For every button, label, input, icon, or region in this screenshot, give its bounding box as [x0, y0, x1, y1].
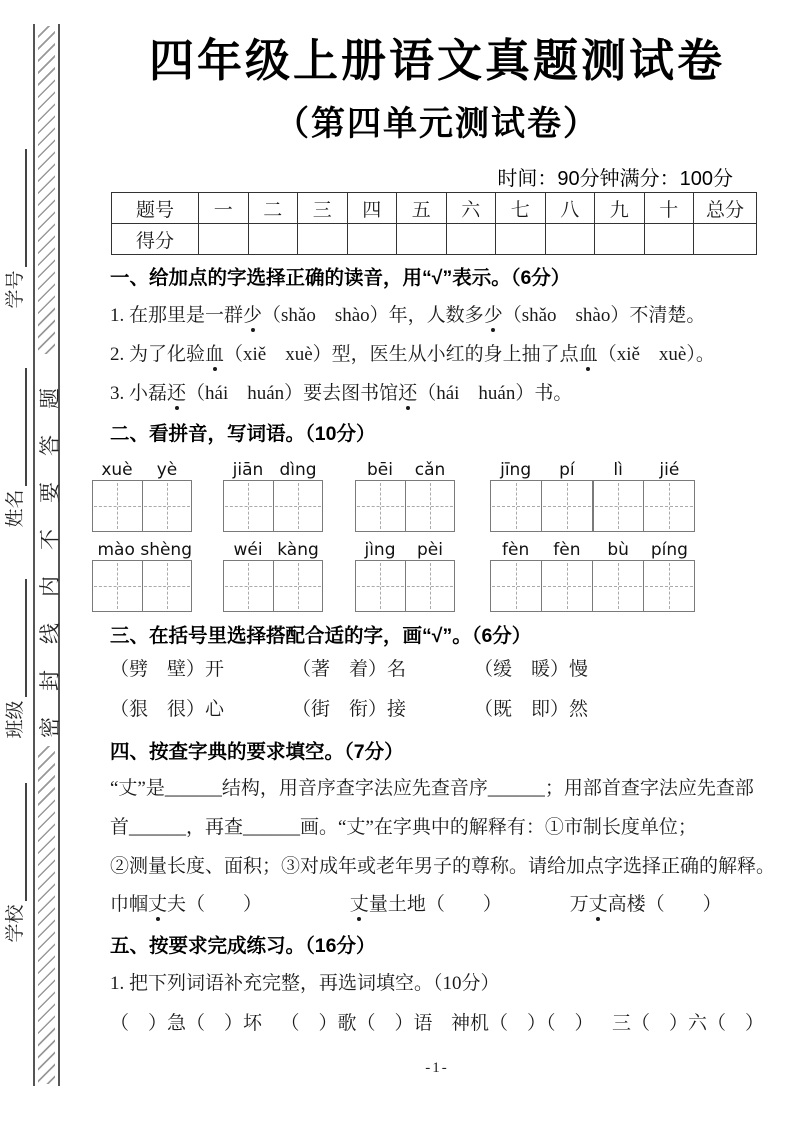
writing-cell	[93, 561, 143, 611]
dotted-char: 少	[243, 300, 262, 327]
pinyin-labels: jīng pí lì jié	[490, 456, 695, 480]
char-choice-pair: （街 衔）接	[292, 694, 474, 721]
time-score-info: 时间：90分钟满分：100分	[110, 162, 764, 191]
pinyin-syllable: xuè	[92, 460, 142, 480]
writing-cell	[356, 561, 406, 611]
word-blank-group: （ ）歌（ ）语	[280, 1008, 432, 1035]
writing-cell	[274, 481, 323, 531]
writing-grid	[92, 480, 192, 532]
pinyin-syllable: fèn	[490, 540, 541, 560]
pinyin-syllable: cǎn	[405, 460, 455, 480]
seal-line-column: 密封线内不要答题	[33, 24, 60, 1086]
word-blank-group: 三（ ）六（ ）	[612, 1008, 764, 1035]
writing-cell	[143, 561, 192, 611]
score-row-label: 得分	[112, 224, 199, 255]
pinyin-syllable: dìng	[273, 460, 323, 480]
pinyin-labels: jiān dìng	[223, 456, 323, 480]
student-number-label: 学号	[0, 271, 27, 309]
phrase-wanzhang-gaolou: 万丈高楼（ ）	[570, 894, 722, 915]
writing-grid	[223, 560, 323, 612]
pinyin-syllable: bēi	[355, 460, 405, 480]
text-segment: （xiě xuè）。	[598, 344, 715, 365]
writing-grid	[355, 480, 455, 532]
score-header-cell: 二	[248, 193, 298, 224]
score-header-cell: 十	[644, 193, 694, 224]
pinyin-syllable: mào	[92, 540, 140, 560]
section4-heading: 四、按查字典的要求填空。（7分）	[110, 736, 404, 764]
text-segment: 量土地（ ）	[369, 894, 502, 915]
hatch-pattern-bottom	[38, 746, 55, 1084]
text-segment: 夫（ ）	[167, 894, 262, 915]
pinyin-labels: mào shèng	[92, 536, 192, 560]
section2-heading: 二、看拼音，写词语。（10分）	[110, 418, 375, 446]
score-cell	[496, 224, 546, 255]
pinyin-syllable: jié	[644, 460, 695, 480]
score-header-cell: 一	[199, 193, 249, 224]
section5-word-blanks: （ ）急（ ）坏 （ ）歌（ ）语 神机（ ）（ ） 三（ ）六（ ）	[110, 1008, 764, 1035]
pinyin-syllable: pèi	[405, 540, 455, 560]
text-segment: （hái huán）要去图书馆	[186, 383, 398, 404]
text-segment: （xiě xuè）型，医生从小红的身上抽了点	[224, 344, 579, 365]
pinyin-word-group: xuè yè	[92, 456, 192, 532]
pinyin-word-group: fèn fèn bù píng	[490, 536, 695, 612]
pinyin-word-group: jìng pèi	[355, 536, 455, 612]
page-number: -1-	[110, 1060, 764, 1077]
pinyin-labels: jìng pèi	[355, 536, 455, 560]
pinyin-syllable: jīng	[490, 460, 541, 480]
score-table-header-row: 题号 一 二 三 四 五 六 七 八 九 十 总分	[112, 193, 757, 224]
writing-cell	[491, 561, 542, 611]
pinyin-labels: xuè yè	[92, 456, 192, 480]
score-header-cell: 题号	[112, 193, 199, 224]
score-header-cell: 七	[496, 193, 546, 224]
school-blank-line	[10, 784, 27, 902]
pinyin-syllable: shèng	[140, 540, 192, 560]
score-cell	[248, 224, 298, 255]
writing-cell	[274, 561, 323, 611]
text-segment: （shǎo shào）不清楚。	[503, 305, 706, 326]
writing-cell	[406, 481, 455, 531]
section3-heading: 三、在括号里选择搭配合适的字，画“√”。（6分）	[110, 620, 531, 648]
dotted-char: 丈	[350, 889, 369, 916]
section1-question1: 1. 在那里是一群少（shǎo shào）年，人数多少（shǎo shào）不清…	[110, 300, 705, 327]
dotted-char: 血	[205, 339, 224, 366]
dotted-char: 血	[579, 339, 598, 366]
text-segment: 3. 小磊	[110, 383, 167, 404]
student-name-blank-line	[10, 369, 27, 487]
score-cell	[446, 224, 496, 255]
pinyin-word-group: mào shèng	[92, 536, 192, 612]
pinyin-word-group: wéi kàng	[223, 536, 323, 612]
writing-cell	[644, 561, 694, 611]
text-segment: 万	[570, 894, 589, 915]
score-cell	[298, 224, 348, 255]
text-segment: （hái huán）书。	[417, 383, 572, 404]
section5-item1: 1. 把下列词语补充完整，再选词填空。（10分）	[110, 968, 500, 995]
writing-cell	[593, 481, 645, 531]
score-header-cell: 总分	[694, 193, 757, 224]
char-choice-pair: （既 即）然	[474, 694, 656, 721]
writing-cell	[93, 481, 143, 531]
school-label: 学校	[0, 905, 27, 943]
writing-grid	[490, 480, 695, 532]
score-header-cell: 五	[397, 193, 447, 224]
dotted-char: 丈	[148, 889, 167, 916]
writing-cell	[542, 481, 593, 531]
phrase-zhangliang-tudi: 丈量土地（ ）	[350, 894, 502, 915]
paper-title: 四年级上册语文真题测试卷	[110, 24, 764, 89]
class-label: 班级	[0, 701, 27, 739]
class-field: 班级	[3, 569, 27, 749]
hatch-pattern-top	[38, 26, 55, 354]
pinyin-syllable: wéi	[223, 540, 273, 560]
exam-paper-page: 密封线内不要答题 学号 姓名 班级 学校 四年级上册语文真题测试卷 （第四单元测…	[0, 0, 793, 1122]
score-cell	[199, 224, 249, 255]
section4-line1: “丈”是______结构，用音序查字法应先查音序______；用部首查字法应先查…	[110, 773, 754, 800]
pinyin-syllable: lì	[593, 460, 644, 480]
writing-cell	[143, 481, 192, 531]
pinyin-syllable: yè	[142, 460, 192, 480]
section1-heading: 一、给加点的字选择正确的读音，用“√”表示。（6分）	[110, 262, 570, 290]
text-segment: 巾帼	[110, 894, 148, 915]
section4-line3: ②测量长度、面积；③对成年或老年男子的尊称。请给加点字选择正确的解释。	[110, 851, 775, 878]
pinyin-syllable: bù	[593, 540, 644, 560]
pinyin-syllable: pí	[541, 460, 592, 480]
seal-line-text: 密封线内不要答题	[34, 340, 58, 760]
score-header-cell: 九	[595, 193, 645, 224]
dotted-char: 还	[167, 378, 186, 405]
char-choice-pair: （缓 暖）慢	[474, 654, 656, 681]
pinyin-syllable: kàng	[273, 540, 323, 560]
score-cell	[545, 224, 595, 255]
score-cell	[694, 224, 757, 255]
pinyin-word-group: jiān dìng	[223, 456, 323, 532]
pinyin-syllable: fèn	[541, 540, 592, 560]
pinyin-grid-row-1: xuè yè jiān dìng bēi cǎn	[92, 456, 695, 532]
section1-question2: 2. 为了化验血（xiě xuè）型，医生从小红的身上抽了点血（xiě xuè）…	[110, 339, 715, 366]
section4-phrases: 巾帼丈夫（ ） 丈量土地（ ） 万丈高楼（ ）	[110, 889, 764, 916]
section1-question3: 3. 小磊还（hái huán）要去图书馆还（hái huán）书。	[110, 378, 572, 405]
writing-cell	[356, 481, 406, 531]
score-header-cell: 三	[298, 193, 348, 224]
pinyin-syllable: píng	[644, 540, 695, 560]
pinyin-syllable: jiān	[223, 460, 273, 480]
pinyin-labels: bēi cǎn	[355, 456, 455, 480]
word-blank-group: （ ）急（ ）坏	[110, 1008, 262, 1035]
pinyin-grid-row-2: mào shèng wéi kàng jìng pèi	[92, 536, 695, 612]
char-choice-pair: （劈 壁）开	[110, 654, 292, 681]
writing-grid	[92, 560, 192, 612]
score-cell	[595, 224, 645, 255]
writing-cell	[491, 481, 542, 531]
student-name-field: 姓名	[3, 358, 27, 538]
pinyin-word-group: bēi cǎn	[355, 456, 455, 532]
text-segment: 2. 为了化验	[110, 344, 205, 365]
char-choice-pair: （著 着）名	[292, 654, 474, 681]
writing-cell	[406, 561, 455, 611]
student-number-blank-line	[10, 150, 27, 268]
score-header-cell: 四	[347, 193, 397, 224]
section3-row2: （狠 很）心 （街 衔）接 （既 即）然	[110, 694, 764, 721]
writing-grid	[223, 480, 323, 532]
score-header-cell: 八	[545, 193, 595, 224]
pinyin-labels: wéi kàng	[223, 536, 323, 560]
score-cell	[644, 224, 694, 255]
score-table: 题号 一 二 三 四 五 六 七 八 九 十 总分 得分	[111, 192, 757, 255]
pinyin-syllable: jìng	[355, 540, 405, 560]
pinyin-word-group: jīng pí lì jié	[490, 456, 695, 532]
text-segment: 1. 在那里是一群	[110, 305, 243, 326]
student-name-label: 姓名	[0, 490, 27, 528]
score-cell	[347, 224, 397, 255]
score-table-score-row: 得分	[112, 224, 757, 255]
writing-grid	[355, 560, 455, 612]
writing-grid	[490, 560, 695, 612]
student-number-field: 学号	[3, 139, 27, 319]
text-segment: （shǎo shào）年，人数多	[262, 305, 484, 326]
word-blank-group: 神机（ ）（ ）	[451, 1008, 594, 1035]
score-cell	[397, 224, 447, 255]
section3-row1: （劈 壁）开 （著 着）名 （缓 暖）慢	[110, 654, 764, 681]
dotted-char: 少	[484, 300, 503, 327]
phrase-jinguo-zhangfu: 巾帼丈夫（ ）	[110, 894, 262, 915]
writing-cell	[224, 561, 274, 611]
section4-line2: 首______，再查______画。“丈”在字典中的解释有：①市制长度单位；	[110, 812, 697, 839]
dotted-char: 还	[398, 378, 417, 405]
paper-subtitle: （第四单元测试卷）	[110, 96, 764, 145]
school-field: 学校	[3, 773, 27, 953]
section5-heading: 五、按要求完成练习。（16分）	[110, 930, 375, 958]
writing-cell	[644, 481, 694, 531]
class-blank-line	[10, 580, 27, 698]
writing-cell	[593, 561, 644, 611]
text-segment: 高楼（ ）	[608, 894, 722, 915]
score-header-cell: 六	[446, 193, 496, 224]
pinyin-labels: fèn fèn bù píng	[490, 536, 695, 560]
char-choice-pair: （狠 很）心	[110, 694, 292, 721]
writing-cell	[224, 481, 274, 531]
dotted-char: 丈	[589, 889, 608, 916]
writing-cell	[542, 561, 593, 611]
